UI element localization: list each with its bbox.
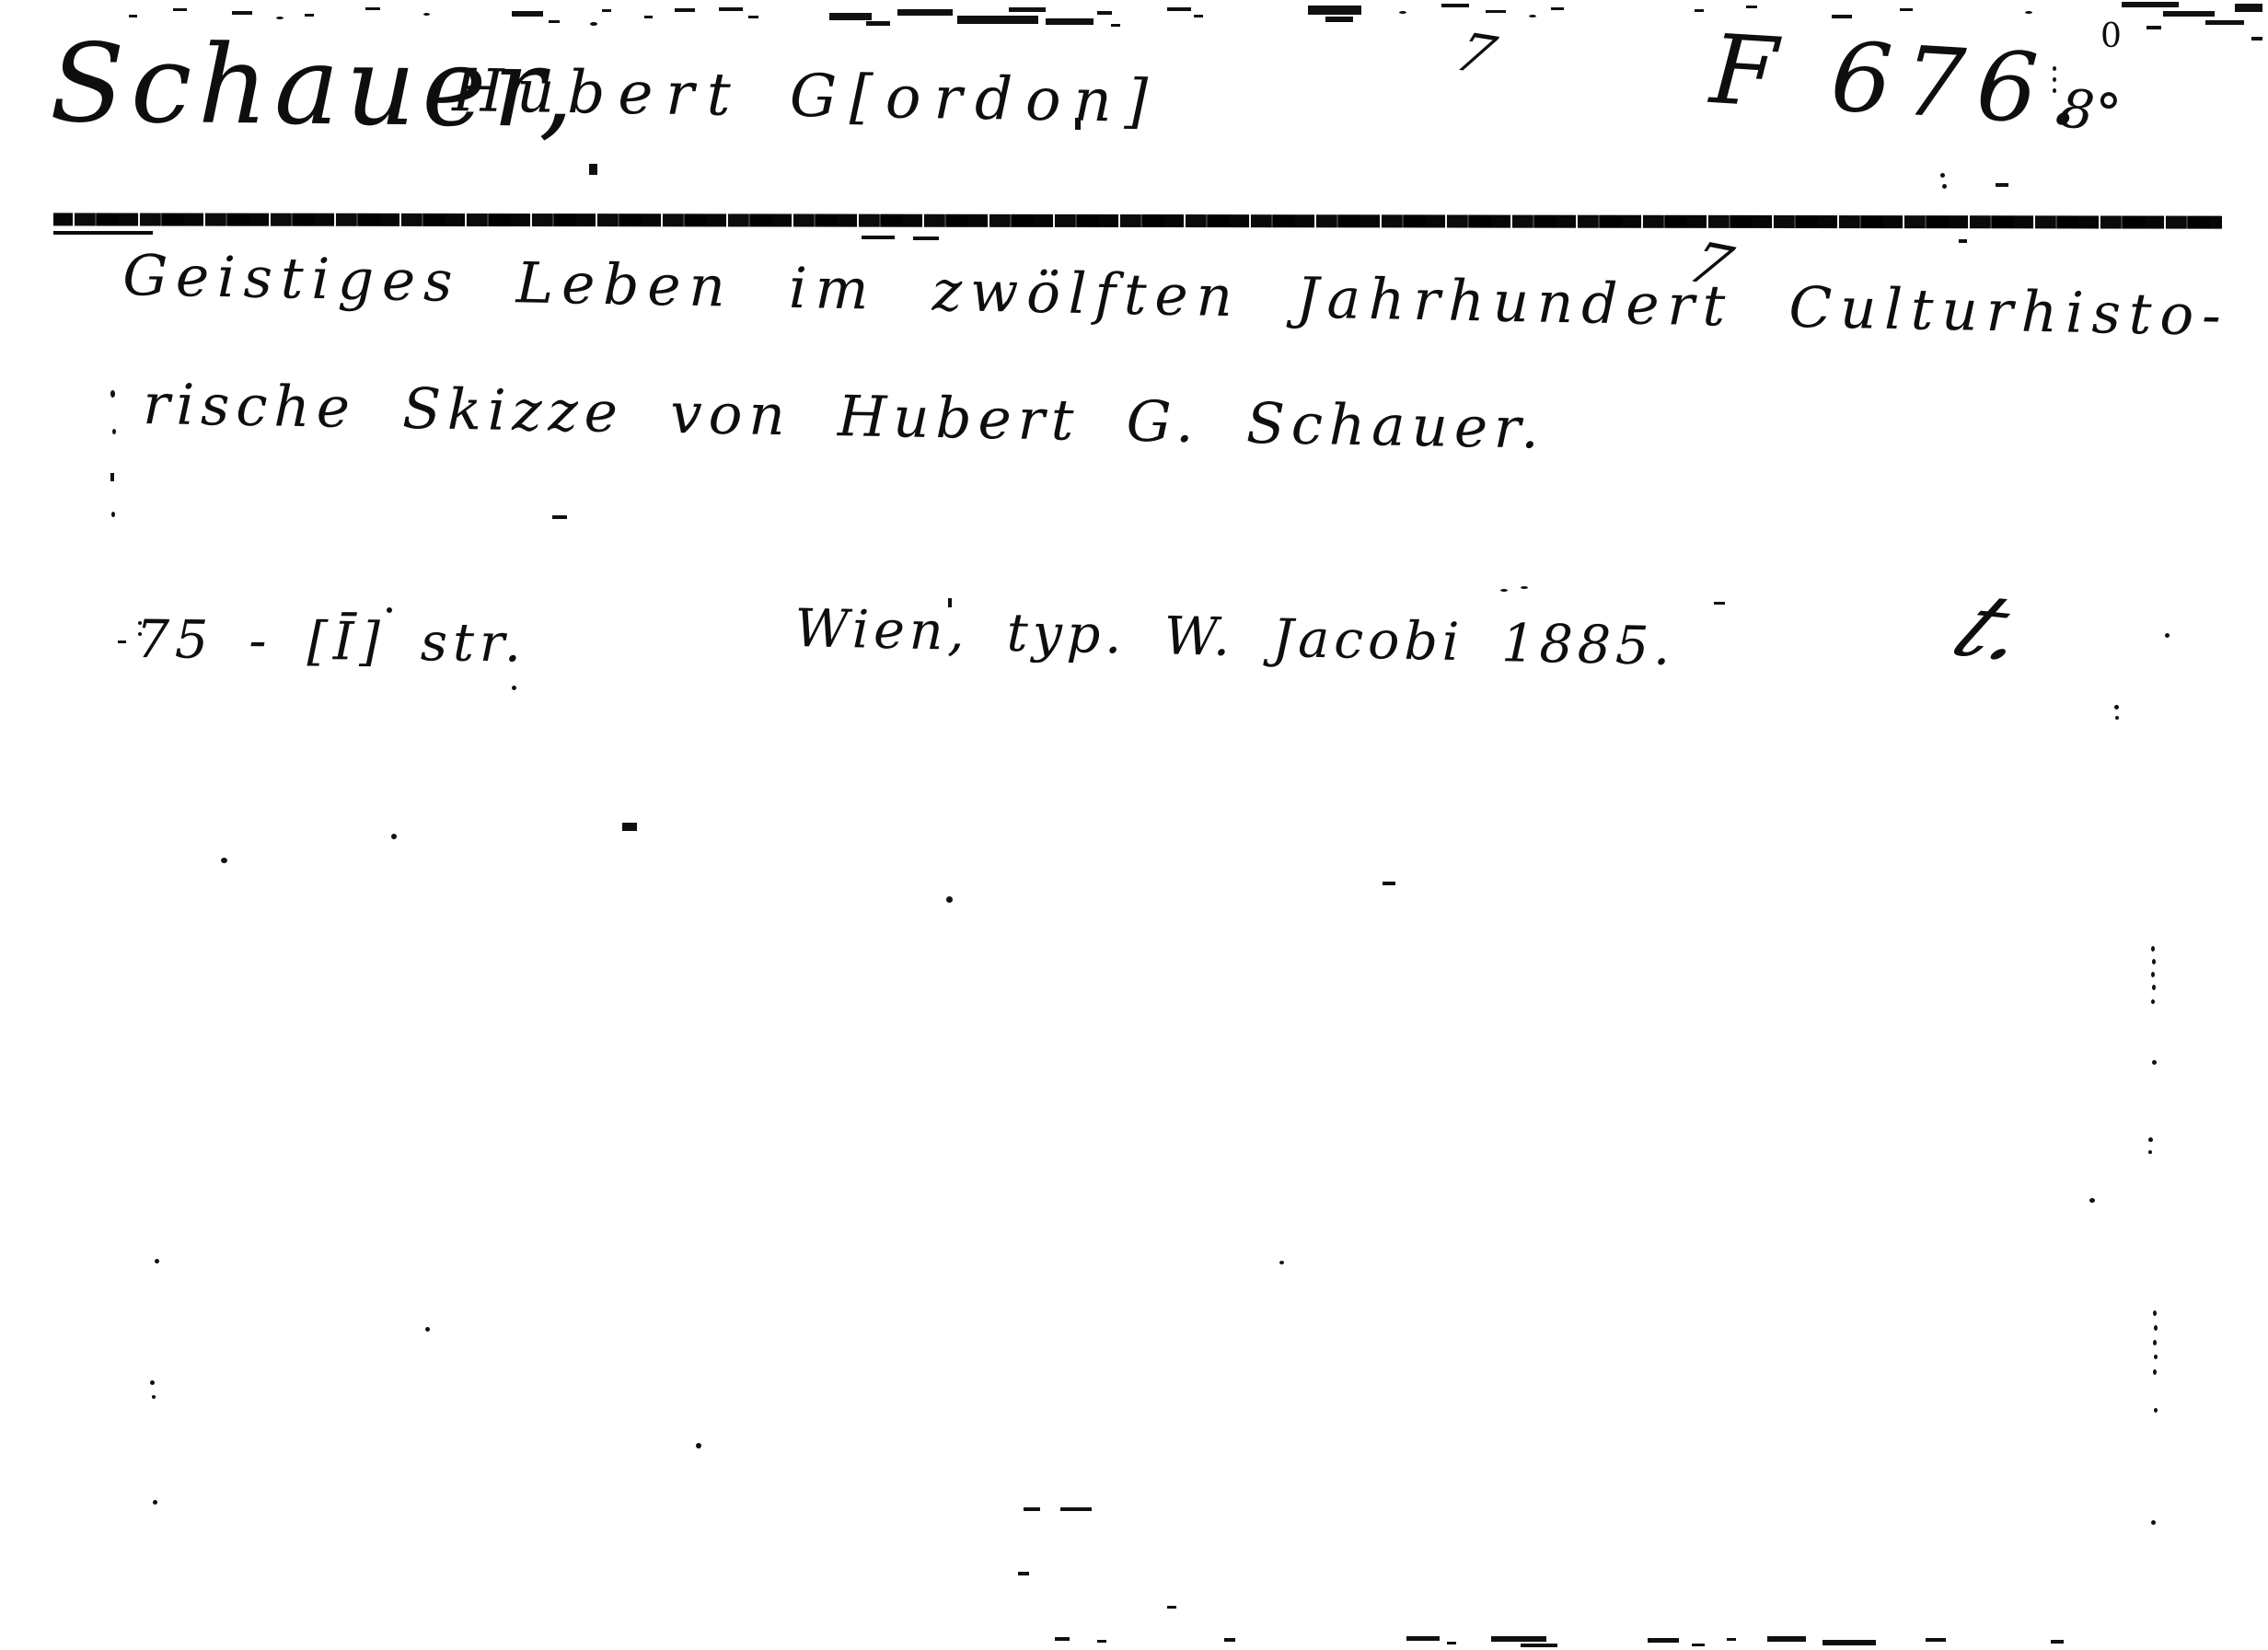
scan-speck	[1406, 1636, 1440, 1641]
scan-speck	[232, 11, 252, 15]
scan-speck	[2051, 1640, 2064, 1644]
scan-speck	[2154, 1325, 2158, 1331]
scan-speck	[423, 13, 430, 16]
scan-speck	[2025, 11, 2032, 14]
scan-speck	[1832, 15, 1852, 18]
scan-speck	[2163, 11, 2215, 17]
title-line-1: Geistiges Leben im zwölften Jahrhundert …	[122, 245, 2230, 347]
scan-speck	[1111, 24, 1120, 27]
scan-speck	[2122, 2, 2179, 7]
scan-speck	[590, 22, 597, 26]
scan-speck	[153, 1500, 157, 1505]
scan-speck	[1942, 184, 1947, 189]
scan-speck	[391, 834, 397, 839]
scan-speck	[2154, 1408, 2158, 1413]
scan-speck	[1308, 6, 1361, 15]
scan-speck	[129, 15, 137, 17]
scan-speck	[1024, 1507, 1040, 1511]
scan-speck	[173, 8, 187, 11]
scan-speck	[387, 607, 392, 613]
scan-speck	[2153, 1310, 2157, 1316]
scan-speck	[2089, 1198, 2095, 1203]
scan-speck	[2151, 1520, 2156, 1525]
scan-speck	[1521, 586, 1528, 589]
scan-speck	[512, 11, 543, 17]
scan-speck	[1441, 4, 1469, 7]
scan-speck	[1060, 1507, 1092, 1511]
scan-speck	[829, 13, 872, 20]
scan-speck	[866, 21, 890, 26]
scan-speck	[1194, 15, 1203, 17]
title-line-2: rische Skizze von Hubert G. Schauer.	[143, 374, 1546, 460]
letter-mark-t: t.	[1934, 580, 2059, 677]
scan-speck	[2114, 705, 2119, 710]
scan-speck	[1046, 18, 1093, 25]
scan-speck	[1695, 9, 1704, 12]
scan-speck	[2053, 88, 2056, 93]
scan-speck	[1767, 1636, 1806, 1642]
scan-speck	[2146, 26, 2161, 29]
scan-speck	[110, 473, 114, 481]
scan-speck	[622, 823, 637, 831]
scan-speck	[2205, 20, 2244, 25]
scan-speck	[276, 17, 283, 19]
scan-speck	[2151, 999, 2155, 1004]
scan-speck	[305, 14, 314, 17]
scan-speck	[1940, 173, 1945, 178]
shelfmark-format: 8°	[2056, 79, 2123, 144]
scan-speck	[1167, 1606, 1176, 1609]
check-mark-top: 7	[1448, 24, 1503, 86]
scan-speck	[1996, 183, 2008, 187]
collation-pages: 75 - [Ī] str.	[135, 611, 526, 673]
scan-speck	[2148, 1150, 2152, 1154]
scan-speck	[1224, 1638, 1235, 1642]
scan-speck	[2165, 633, 2170, 638]
scan-speck	[589, 164, 597, 175]
scan-speck	[1097, 11, 1112, 15]
scan-speck	[2251, 37, 2262, 40]
scan-speck	[1551, 7, 1564, 10]
scan-speck	[2152, 959, 2156, 964]
scan-speck	[1529, 15, 1536, 17]
scan-speck	[118, 640, 126, 643]
scan-speck	[1727, 1638, 1736, 1641]
scan-speck	[1447, 1642, 1456, 1644]
scan-speck	[1900, 8, 1913, 11]
scan-speck	[2053, 66, 2056, 71]
scan-speck	[696, 1443, 701, 1448]
separator-rule-fragment	[53, 231, 153, 235]
scan-speck	[112, 429, 116, 434]
scan-speck	[1746, 6, 1757, 8]
shelfmark-corner-mark: 0	[2100, 18, 2122, 55]
scan-speck	[1521, 1644, 1557, 1647]
scan-speck	[1926, 1638, 1946, 1642]
scan-speck	[946, 896, 953, 903]
separator-rule	[53, 213, 2222, 228]
scan-speck	[1009, 7, 1046, 12]
scan-speck	[138, 632, 142, 636]
scan-speck	[365, 7, 380, 10]
scan-speck	[2154, 1355, 2158, 1359]
scan-speck	[512, 686, 516, 690]
scan-speck	[1822, 1640, 1876, 1645]
scan-speck	[719, 7, 743, 11]
scan-speck	[1959, 239, 1967, 243]
scan-speck	[1383, 882, 1395, 885]
scan-speck	[150, 1380, 155, 1385]
scan-speck	[1491, 1636, 1546, 1642]
scan-speck	[1500, 589, 1508, 592]
scan-speck	[1279, 1261, 1284, 1264]
scan-speck	[2153, 1369, 2157, 1375]
scan-speck	[1075, 118, 1081, 130]
scan-speck	[957, 16, 1038, 24]
scan-speck	[1018, 1572, 1029, 1575]
scan-speck	[138, 621, 142, 625]
scan-speck	[748, 16, 758, 18]
scan-speck	[2151, 972, 2155, 977]
scan-speck	[1055, 1637, 1070, 1641]
scan-speck	[155, 1259, 159, 1263]
scan-speck	[913, 237, 939, 240]
scan-speck	[1648, 1638, 1679, 1643]
scan-speck	[675, 8, 695, 12]
scan-speck	[1714, 602, 1725, 605]
scan-speck	[2151, 946, 2155, 952]
scan-speck	[552, 515, 567, 519]
scan-speck	[425, 1327, 430, 1332]
scan-speck	[2152, 985, 2156, 990]
scan-speck	[549, 20, 560, 23]
imprint-text: Wien, typ. W. Jacobi 1885.	[794, 600, 1675, 676]
scan-speck	[221, 858, 227, 863]
scan-speck	[1097, 1640, 1106, 1643]
scan-speck	[602, 9, 611, 12]
scan-speck	[1399, 11, 1406, 14]
scan-speck	[110, 390, 115, 398]
heading-forenames: Hubert G[ordon]	[452, 59, 1161, 134]
scan-speck	[2153, 1340, 2157, 1345]
scan-speck	[111, 512, 115, 517]
scan-speck	[2148, 1137, 2153, 1142]
scan-speck	[897, 9, 953, 16]
scan-speck	[2053, 77, 2056, 82]
scan-speck	[1486, 10, 1506, 13]
scan-speck	[1325, 17, 1353, 22]
scan-speck	[2235, 4, 2262, 12]
scan-speck	[644, 16, 653, 18]
scan-speck	[2152, 1060, 2157, 1065]
scan-speck	[948, 598, 952, 607]
scan-speck	[152, 1395, 156, 1399]
scan-speck	[862, 236, 895, 239]
shelfmark-call-number: F 676.	[1707, 17, 2095, 144]
catalog-card-scan: Schauer, Hubert G[ordon] 7 F 676. 8° 0 7…	[0, 0, 2268, 1650]
scan-speck	[1692, 1644, 1705, 1646]
scan-speck	[2115, 716, 2119, 720]
scan-speck	[1167, 7, 1191, 11]
